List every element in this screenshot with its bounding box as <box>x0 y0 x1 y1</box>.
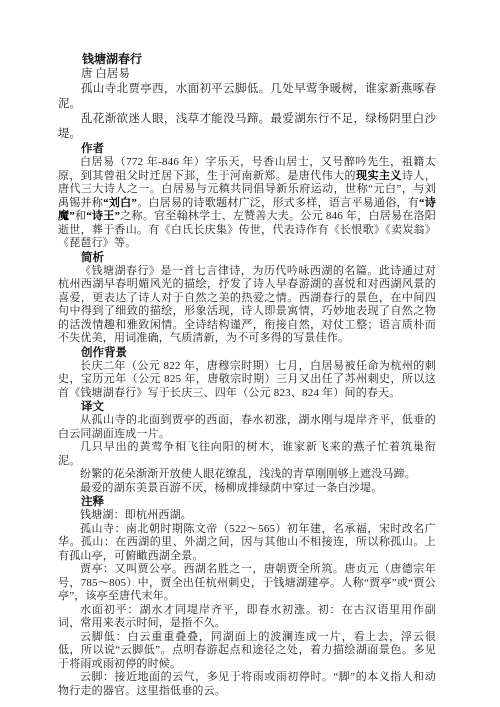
translation-paragraph-3: 纷繁的花朵渐渐开放使人眼花缭乱，浅浅的青草刚刚够上遮没马蹄。 <box>58 468 436 482</box>
section-heading-translation: 译文 <box>58 400 436 414</box>
poem-line-1: 孤山寺北贾亭西，水面初平云脚低。几处早莺争暖树，谁家新燕啄春泥。 <box>58 82 436 112</box>
background-paragraph: 长庆二年（公元 822 年，唐穆宗时期）七月，白居易被任命为杭州的刺史，宝历元年… <box>58 360 436 401</box>
translation-paragraph-2: 几只早出的黄莺争相飞往向阳的树木，谁家新飞来的燕子忙着筑巢衔泥。 <box>58 441 436 468</box>
analysis-paragraph: 《钱塘湖春行》是一首七言律诗，为历代吟咏西湖的名篇。此诗通过对杭州西湖早春明媚风… <box>58 265 436 346</box>
document-page: 钱塘湖春行 唐 白居易 孤山寺北贾亭西，水面初平云脚低。几处早莺争暖树，谁家新燕… <box>0 0 500 707</box>
translation-paragraph-4: 最爱的湖东美景百游不厌，杨柳成排绿荫中穿过一条白沙堤。 <box>58 482 436 496</box>
poem-title: 钱塘湖春行 <box>58 52 436 67</box>
poem-byline: 唐 白居易 <box>58 67 436 82</box>
note-paragraph-1: 钱塘湖：即杭州西湖。 <box>58 509 436 523</box>
note-paragraph-2: 孤山寺：南北朝时期陈文帝（522～565）初年建，名承福，宋时改名广华。孤山：在… <box>58 523 436 564</box>
section-heading-author: 作者 <box>58 142 436 156</box>
note-paragraph-5: 云脚低：白云重重叠叠，同湖面上的波澜连成一片，看上去，浮云很低，所以说“云脚低”… <box>58 631 436 672</box>
document-content: 钱塘湖春行 唐 白居易 孤山寺北贾亭西，水面初平云脚低。几处早莺争暖树，谁家新燕… <box>58 52 436 698</box>
author-paragraph: 白居易（772 年-846 年）字乐天，号香山居士，又号醉吟先生，祖籍太原，到其… <box>58 156 436 251</box>
note-paragraph-6: 云脚：接近地面的云气，多见于将雨或雨初停时。“脚”的本义指人和动物行走的器官。这… <box>58 671 436 698</box>
poem-title-block: 钱塘湖春行 唐 白居易 孤山寺北贾亭西，水面初平云脚低。几处早莺争暖树，谁家新燕… <box>58 52 436 142</box>
section-heading-analysis: 简析 <box>58 251 436 265</box>
poem-line-2: 乱花渐欲迷人眼，浅草才能没马蹄。最爱湖东行不足，绿杨阴里白沙堤。 <box>58 112 436 142</box>
note-paragraph-3: 贾亭：又叫贾公亭。西湖名胜之一，唐朝贾全所筑。唐贞元（唐德宗年号，785～805… <box>58 563 436 604</box>
note-paragraph-4: 水面初平：湖水才同堤岸齐平，即春水初涨。初：在古汉语里用作副词，常用来表示时间，… <box>58 604 436 631</box>
translation-paragraph-1: 从孤山寺的北面到贾亭的西面，春水初涨，湖水刚与堤岸齐平，低垂的白云同湖面连成一片… <box>58 414 436 441</box>
section-heading-background: 创作背景 <box>58 346 436 360</box>
section-heading-notes: 注释 <box>58 495 436 509</box>
